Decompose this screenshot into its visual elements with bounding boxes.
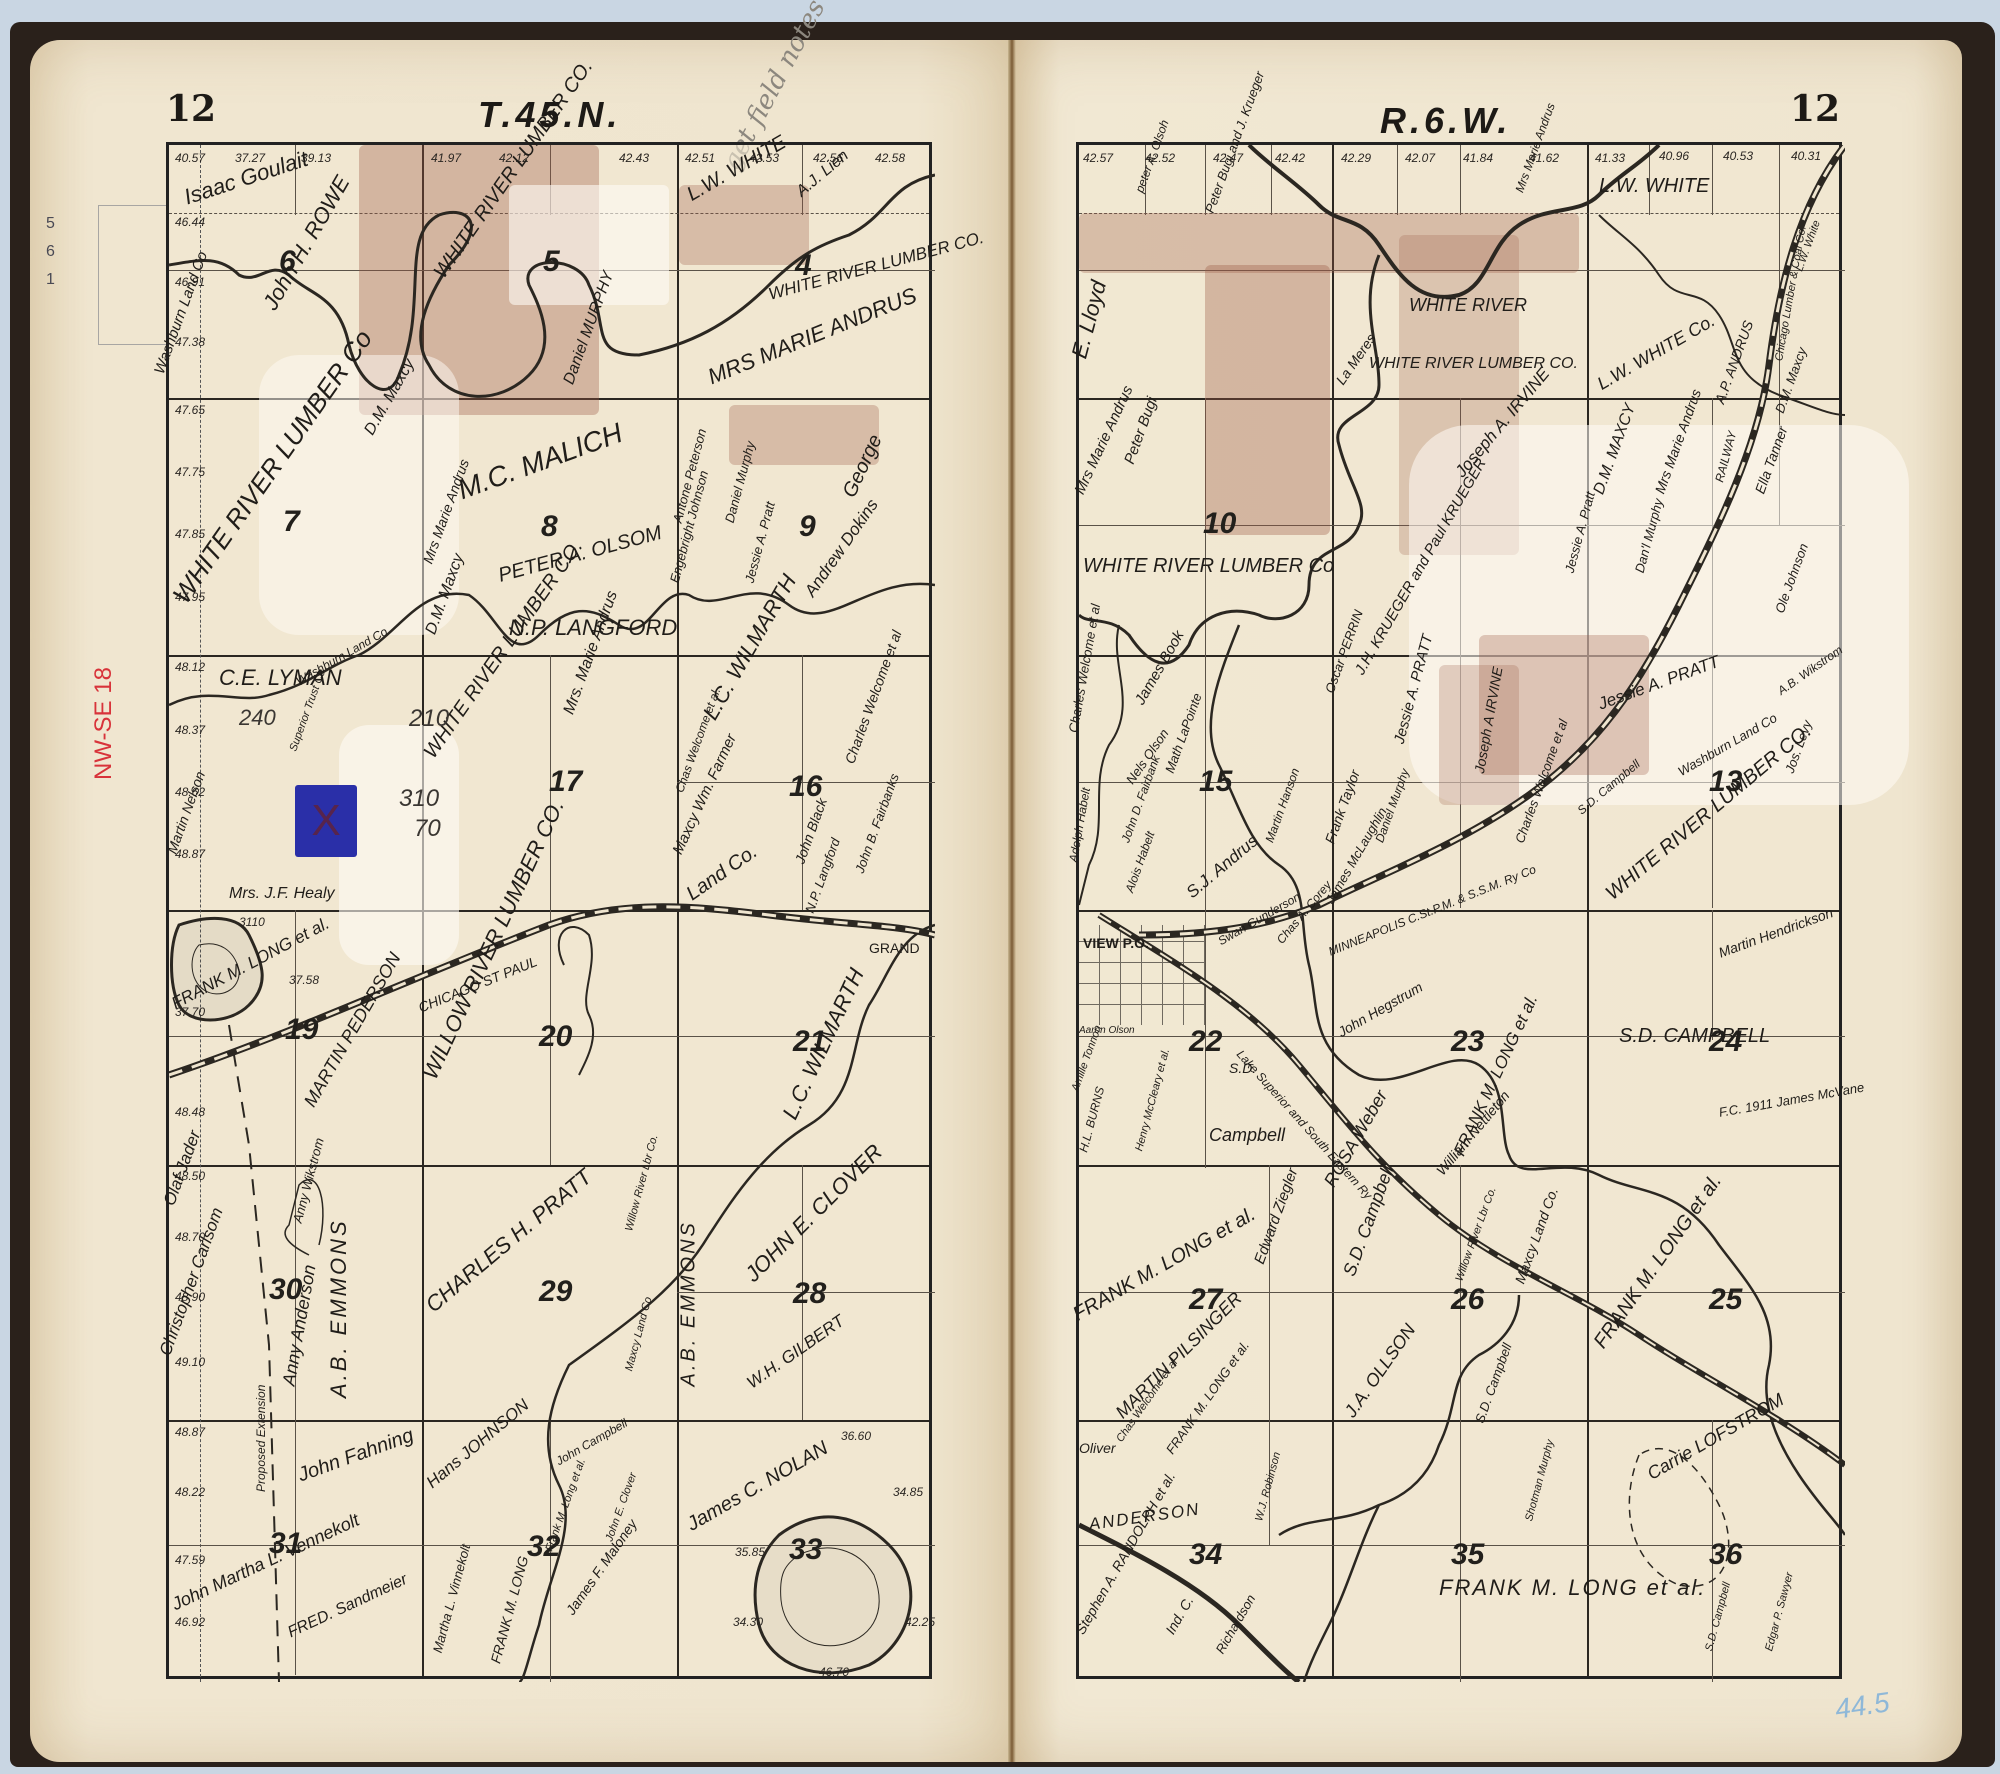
section-number: 34 [1189, 1538, 1222, 1572]
lot-value: 42.25 [905, 1615, 935, 1629]
acreage-label: 240 [239, 705, 276, 731]
section-number: 26 [1451, 1283, 1484, 1317]
section-number: 8 [541, 510, 558, 544]
owner-label: S.D. CAMPBELL [1619, 1025, 1770, 1048]
lot-value: 41.33 [1595, 151, 1625, 165]
lot-value: 42.42 [1275, 151, 1305, 165]
lot-value: 46.92 [175, 1615, 205, 1629]
acreage-label: 310 [399, 785, 439, 813]
owner-label: WHITE RIVER LUMBER Co [1083, 555, 1334, 578]
owner-label: Oliver [1079, 1440, 1116, 1456]
right-township-map: 42.57 42.52 42.47 42.42 42.29 42.07 41.8… [1076, 142, 1842, 1679]
section-number: 17 [549, 765, 582, 799]
lot-value: 40.31 [1791, 149, 1821, 163]
owner-label: Mrs. J.F. Healy [229, 885, 335, 903]
lot-value: 42.29 [1341, 151, 1371, 165]
book-gutter [1008, 40, 1016, 1762]
section-number: 15 [1199, 765, 1232, 799]
section-number: 36 [1709, 1538, 1742, 1572]
range-heading: R.6.W. [1380, 100, 1511, 142]
section-number: 28 [793, 1277, 826, 1311]
proposed-extension-label: Proposed Extension [254, 1385, 268, 1492]
acreage-label: 70 [414, 815, 441, 843]
section-number: 5 [543, 245, 560, 279]
owner-label: FRANK M. LONG et al. [1439, 1575, 1706, 1601]
red-margin-note: NW-SE 18 [90, 667, 118, 780]
lot-value: 42.58 [875, 151, 905, 165]
left-township-map: X 40.57 37.27 39.13 41.97 42.12 42.43 42… [166, 142, 932, 1679]
lot-value: 48.22 [175, 1485, 205, 1499]
owner-label: Aaron Olson [1079, 1025, 1135, 1036]
acreage-label: 210 [409, 705, 449, 733]
right-page-number: 12 [1790, 88, 1840, 130]
lot-value: 42.57 [1083, 151, 1113, 165]
section-number: 10 [1203, 507, 1236, 541]
lot-value: 47.85 [175, 527, 205, 541]
lot-value: 37.70 [175, 1005, 205, 1019]
lot-value: 3110 [239, 915, 265, 929]
section-number: 29 [539, 1275, 572, 1309]
section-number: 7 [283, 505, 300, 539]
lot-value: 40.53 [1723, 149, 1753, 163]
section-number: 9 [799, 510, 816, 544]
lot-value: 47.59 [175, 1553, 205, 1567]
owner-label: A.B. EMMONS [326, 1218, 352, 1398]
section-number: 20 [539, 1020, 572, 1054]
lot-value: 37.58 [289, 973, 319, 987]
section-number: 19 [285, 1013, 318, 1047]
lot-value: 34.85 [893, 1485, 923, 1499]
lot-value: 40.57 [175, 151, 205, 165]
section-number: 25 [1709, 1283, 1742, 1317]
section-number: 33 [789, 1533, 822, 1567]
lot-value: 34.30 [733, 1615, 763, 1629]
lot-value: 48.37 [175, 723, 205, 737]
lot-value: 46.70 [819, 1665, 849, 1679]
section-number: 35 [1451, 1538, 1484, 1572]
pencil-sketch-box [98, 205, 168, 345]
owner-label: WHITE RIVER [1409, 295, 1527, 316]
margin-mark: 1 [46, 271, 55, 289]
owner-label: L.W. WHITE [1599, 175, 1709, 198]
owner-label: A.B. EMMONS [678, 1220, 701, 1386]
lot-value: 48.12 [175, 660, 205, 674]
lot-value: 41.84 [1463, 151, 1493, 165]
lot-value: 48.87 [175, 1425, 205, 1439]
lot-value: 48.48 [175, 1105, 205, 1119]
lot-value: 47.65 [175, 403, 205, 417]
section-number: 23 [1451, 1025, 1484, 1059]
lot-value: 35.85 [735, 1545, 765, 1559]
lot-value: 42.43 [619, 151, 649, 165]
lot-value: 47.75 [175, 465, 205, 479]
left-page-number: 12 [166, 88, 216, 130]
lot-value: 40.96 [1659, 149, 1689, 163]
town-label: VIEW P.O. [1083, 935, 1149, 951]
lot-value: 41.97 [431, 151, 461, 165]
place-label: GRAND [869, 940, 920, 956]
lot-value: 36.60 [841, 1429, 871, 1443]
lot-value: 42.07 [1405, 151, 1435, 165]
section-number: 22 [1189, 1025, 1222, 1059]
lot-value: 46.44 [175, 215, 205, 229]
lot-value: 49.10 [175, 1355, 205, 1369]
margin-mark: 5 [46, 215, 55, 233]
margin-mark: 6 [46, 243, 55, 261]
lot-value: 42.51 [685, 151, 715, 165]
owner-label: Campbell [1209, 1125, 1285, 1146]
